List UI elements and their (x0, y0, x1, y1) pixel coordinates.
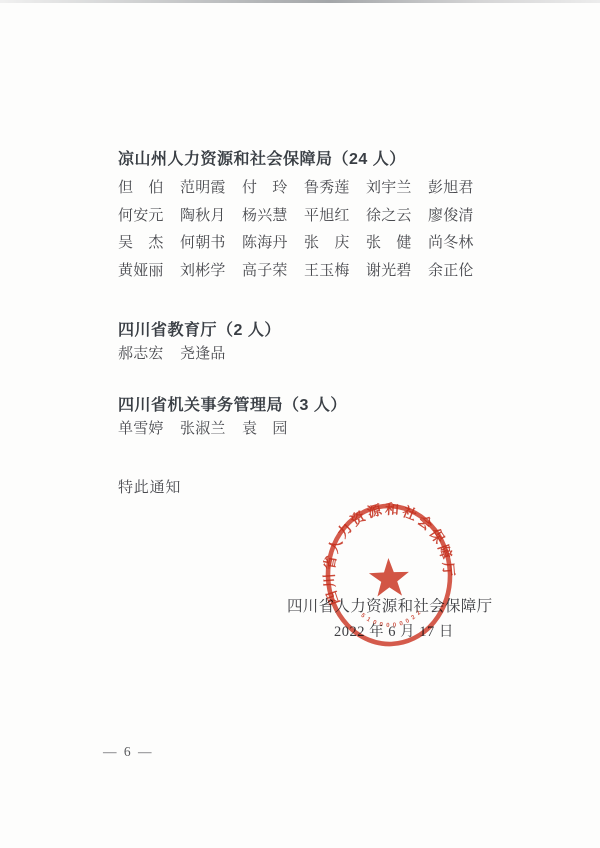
person-name: 袁 园 (242, 417, 304, 438)
person-name: 陈海丹 (242, 231, 304, 252)
person-name: 范明霞 (180, 176, 242, 197)
notice-text: 特此通知 (118, 476, 181, 497)
person-name: 廖俊清 (428, 204, 490, 225)
name-list-gov-affairs: 单雪婷 张淑兰 袁 园 (118, 414, 490, 442)
person-name: 陶秋月 (180, 204, 242, 225)
person-name: 但 伯 (118, 176, 180, 197)
person-name: 单雪婷 (118, 417, 180, 438)
person-name: 黄娅丽 (118, 259, 180, 280)
seal-star-icon (368, 557, 409, 596)
person-name: 郝志宏 (118, 342, 180, 363)
page-number: — 6 — (103, 744, 154, 760)
scanned-document-page: 凉山州人力资源和社会保障局（24 人） 但 伯 范明霞 付 玲 鲁秀莲 刘宇兰 … (0, 0, 600, 848)
person-name: 平旭红 (304, 204, 366, 225)
official-seal: 四川省人力资源和社会保障厅 5100000022849 (318, 497, 461, 654)
person-name: 何朝书 (180, 231, 242, 252)
person-name: 付 玲 (242, 176, 304, 197)
person-name: 徐之云 (366, 204, 428, 225)
seal-arc-text: 四川省人力资源和社会保障厅 (318, 498, 458, 607)
person-name: 高子荣 (242, 259, 304, 280)
person-name: 余正伦 (428, 259, 490, 280)
person-name: 刘彬学 (180, 259, 242, 280)
scan-edge-artifact (0, 0, 600, 3)
person-name: 谢光碧 (366, 259, 428, 280)
section-heading-education-dept: 四川省教育厅（2 人） (118, 317, 281, 340)
name-row: 单雪婷 张淑兰 袁 园 (118, 414, 490, 442)
person-name: 尧逢品 (180, 342, 242, 363)
person-name: 杨兴慧 (242, 204, 304, 225)
name-list-liangshan: 但 伯 范明霞 付 玲 鲁秀莲 刘宇兰 彭旭君 何安元 陶秋月 杨兴慧 平旭红 … (118, 173, 490, 283)
person-name: 尚冬林 (428, 231, 490, 252)
person-name: 刘宇兰 (366, 176, 428, 197)
person-name: 张 健 (366, 231, 428, 252)
person-name: 张 庆 (304, 231, 366, 252)
person-name: 王玉梅 (304, 259, 366, 280)
svg-text:四川省人力资源和社会保障厅: 四川省人力资源和社会保障厅 (318, 498, 458, 607)
person-name: 吴 杰 (118, 231, 180, 252)
person-name: 张淑兰 (180, 417, 242, 438)
person-name: 何安元 (118, 204, 180, 225)
name-row: 何安元 陶秋月 杨兴慧 平旭红 徐之云 廖俊清 (118, 201, 490, 229)
name-row: 但 伯 范明霞 付 玲 鲁秀莲 刘宇兰 彭旭君 (118, 173, 490, 201)
section-heading-gov-affairs-bureau: 四川省机关事务管理局（3 人） (118, 392, 347, 415)
name-row: 郝志宏 尧逢品 (118, 339, 490, 367)
name-row: 吴 杰 何朝书 陈海丹 张 庆 张 健 尚冬林 (118, 228, 490, 256)
name-list-education: 郝志宏 尧逢品 (118, 339, 490, 367)
person-name: 彭旭君 (428, 176, 490, 197)
person-name: 鲁秀莲 (304, 176, 366, 197)
section-heading-liangshan-bureau: 凉山州人力资源和社会保障局（24 人） (118, 146, 406, 169)
name-row: 黄娅丽 刘彬学 高子荣 王玉梅 谢光碧 余正伦 (118, 256, 490, 284)
